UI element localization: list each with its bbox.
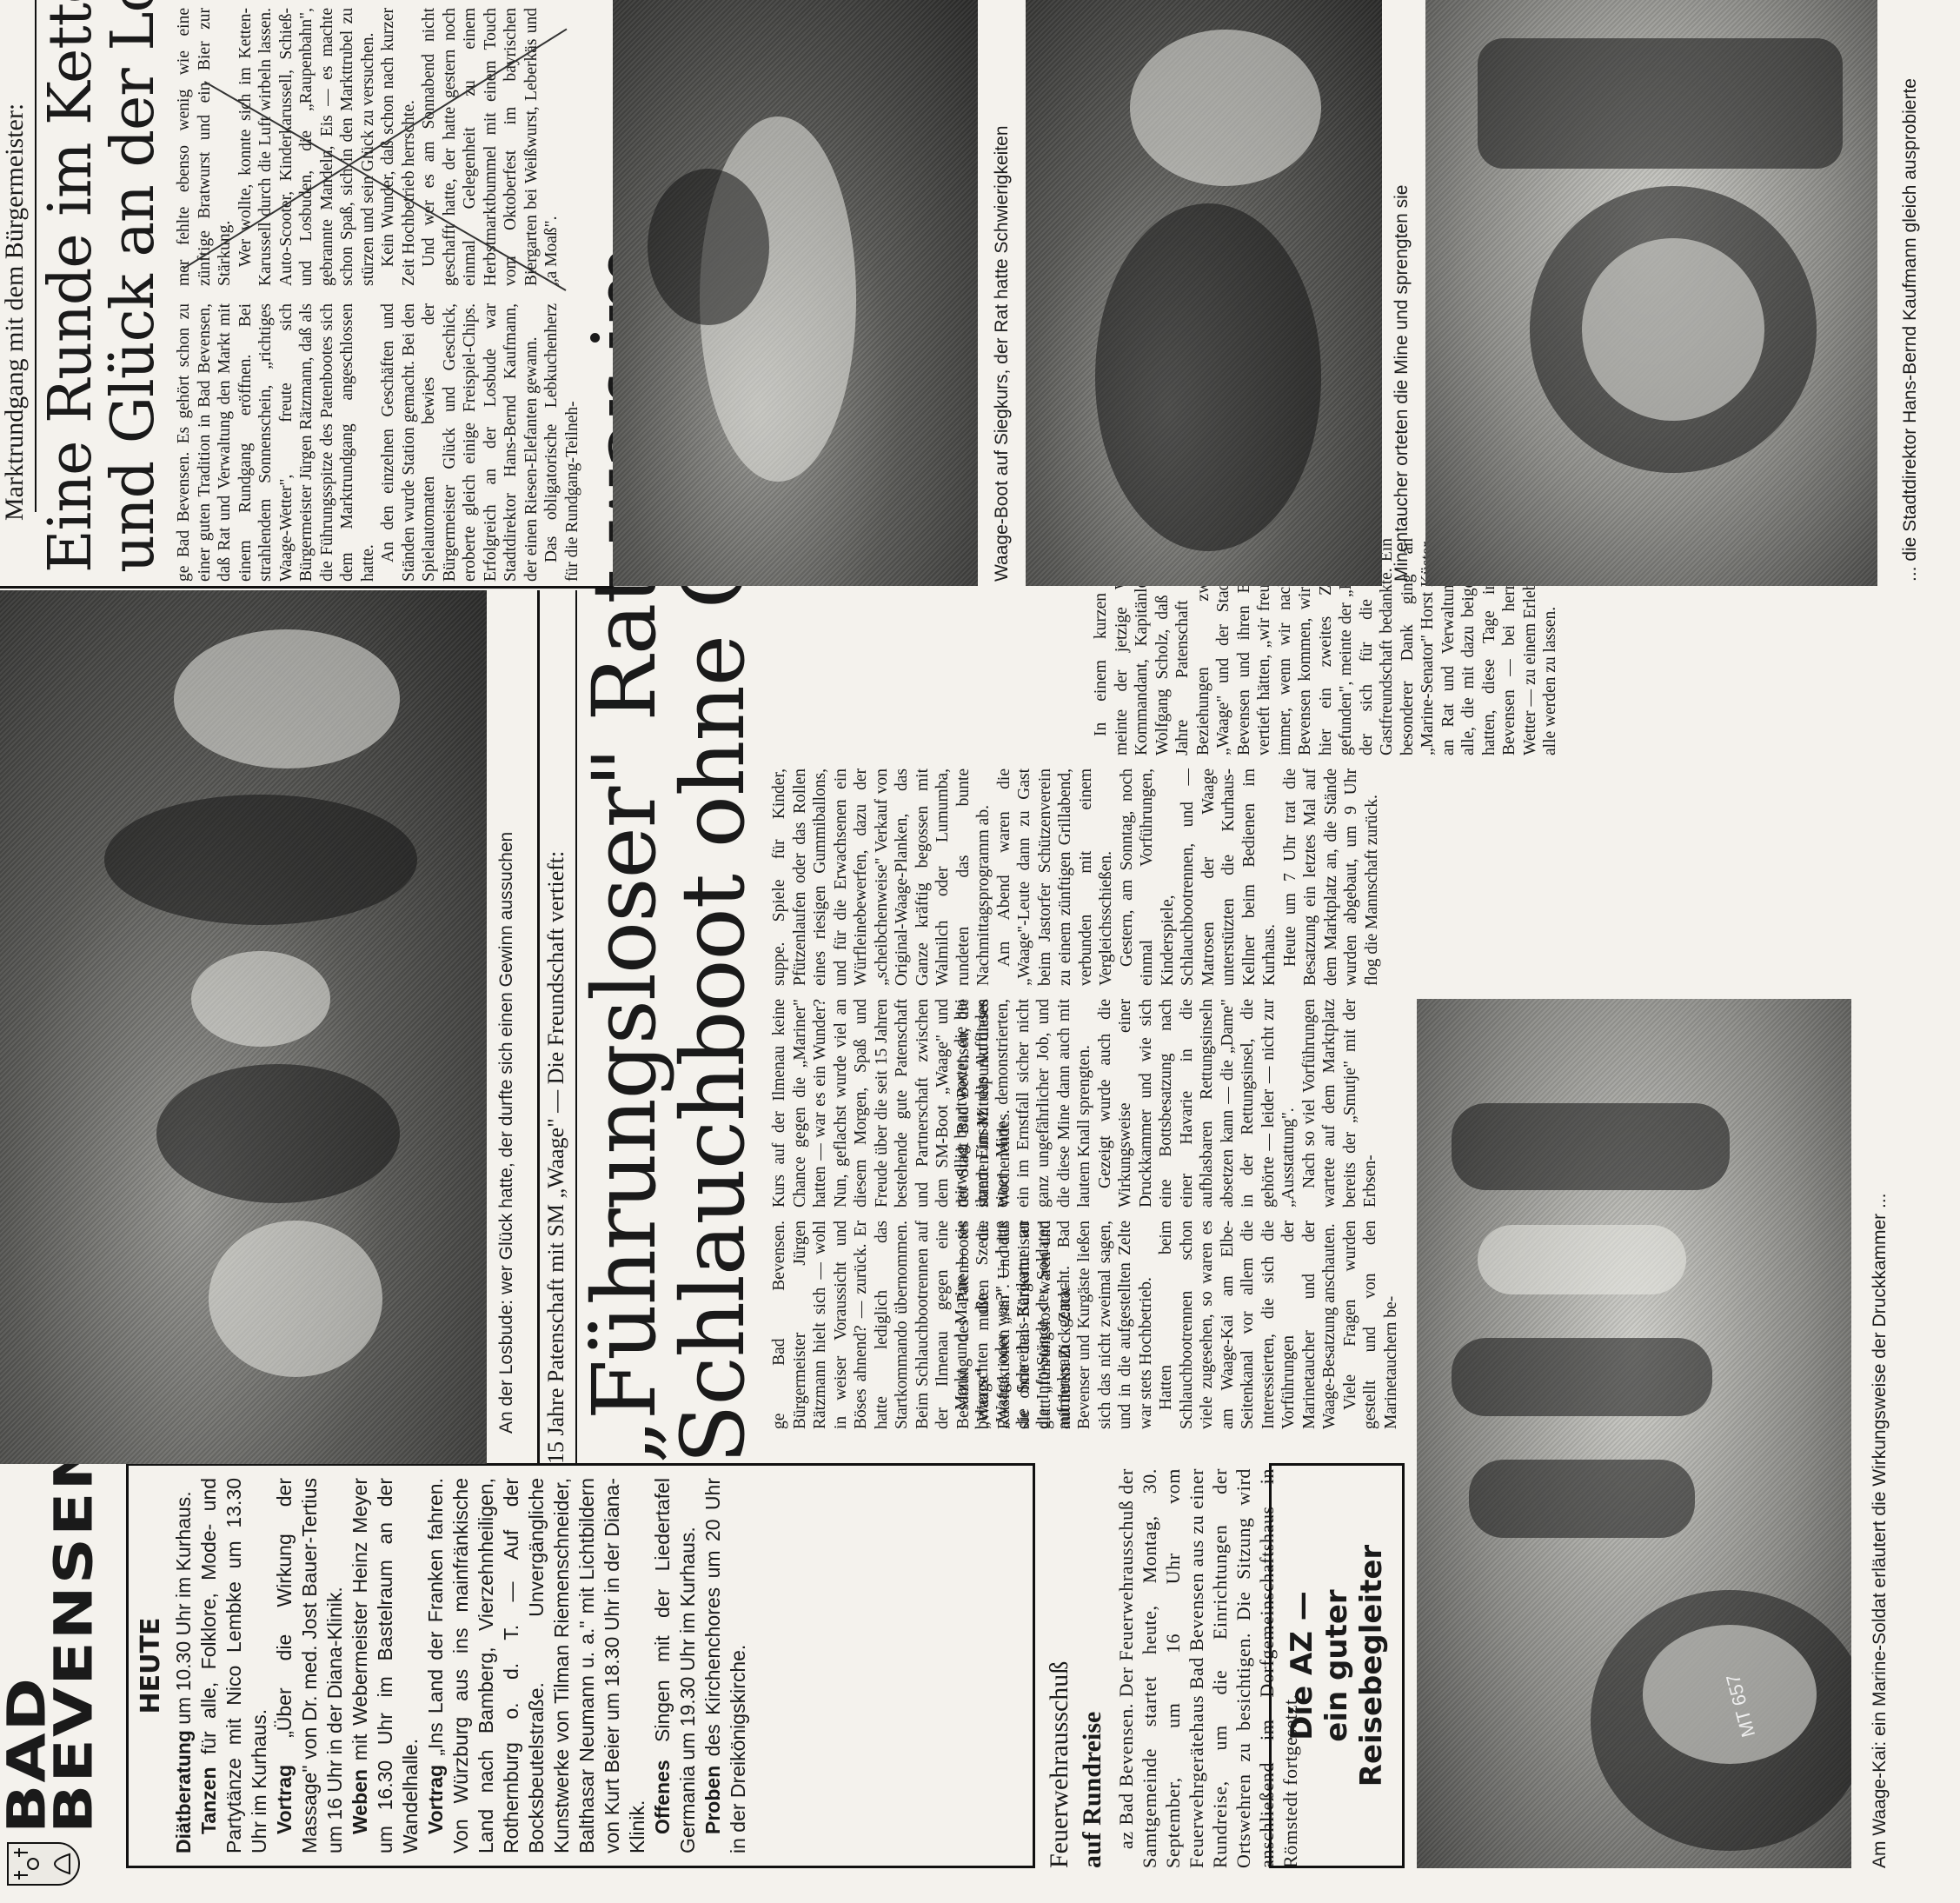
article-top-headline-2: und Glück an der Losbude xyxy=(103,0,165,573)
heute-list: Diätberatung um 10.30 Uhr im Kurhaus. Ta… xyxy=(171,1466,751,1866)
town-coat-of-arms-icon xyxy=(7,1842,80,1886)
az-promo-box: Die AZ — ein guter Reisebegleiter xyxy=(1269,1463,1405,1868)
section-divider xyxy=(537,590,540,1464)
photo-losbude-crowd xyxy=(0,590,487,1464)
heute-item: Tanzen für alle, Folklore, Mode- und Par… xyxy=(196,1478,272,1853)
article-top-headline: Eine Runde im Kettenflieger — und Glück … xyxy=(40,0,165,573)
crest-figure-icon xyxy=(9,1844,78,1884)
caption-chamber: ... die Stadtdirektor Hans-Bernd Kaufman… xyxy=(1899,17,1922,582)
article-main-col-4: reitwillig beantwortet, die bei ihrem Ei… xyxy=(952,999,1381,1208)
article-main-col-5: suppe. Spiele für Kinder, Pfützenlaufen … xyxy=(769,769,1382,986)
article-top-col-1: ge Bad Bevensen. Es gehört schon zu eine… xyxy=(174,303,582,582)
heute-item: Vortrag „Über die Wirkung der Massage" v… xyxy=(272,1478,348,1853)
heute-item: Offenes Singen mit der Liedertafel Germa… xyxy=(650,1478,701,1853)
heute-item: Vortrag „Ins Land der Franken fahren. Vo… xyxy=(423,1478,650,1853)
feuerwehr-headline-2: auf Rundreise xyxy=(1076,1468,1109,1868)
caption-losbude: An der Losbude: wer Glück hatte, der dur… xyxy=(495,832,518,1434)
caption-divers: Minentaucher orteten die Mine und spreng… xyxy=(1391,185,1413,582)
caption-waage-kai: Am Waage-Kai: ein Marine-Soldat erläuter… xyxy=(1869,1194,1891,1869)
column-divider xyxy=(0,586,613,589)
az-promo-line-3: Reisebegleiter xyxy=(1354,1466,1389,1866)
article-main-kicker: 15 Jahre Patenschaft mit SM „Waage" — Di… xyxy=(543,851,569,1464)
photo-pressure-chamber xyxy=(1425,0,1877,586)
heute-title: HEUTE xyxy=(136,1466,166,1866)
heute-item: Proben des Kirchenchores um 20 Uhr in de… xyxy=(701,1478,751,1853)
article-top-col-2: mer fehlte ebenso wenig wie eine zünftig… xyxy=(174,8,562,286)
caption-boat: Waage-Boot auf Siegkurs, der Rat hatte S… xyxy=(991,126,1013,582)
heute-item: Diätberatung um 10.30 Uhr im Kurhaus. xyxy=(171,1478,196,1853)
article-top-kicker: Marktrundgang mit dem Bürgermeister: xyxy=(2,103,28,521)
photo-boat-race xyxy=(613,0,978,586)
photo-waage-kai: MT 657 xyxy=(1417,999,1851,1868)
az-promo-line-2: ein guter xyxy=(1319,1466,1354,1866)
heute-events-box: HEUTE Diätberatung um 10.30 Uhr im Kurha… xyxy=(126,1463,1035,1868)
article-top-headline-1: Eine Runde im Kettenflieger — xyxy=(40,0,103,573)
heute-item: Weben mit Webermeister Heinz Meyer um 16… xyxy=(348,1478,423,1853)
az-promo-line-1: Die AZ — xyxy=(1285,1466,1319,1866)
newspaper-page: BAD BEVENSEN HEUTE Diätberatung um 10.30… xyxy=(0,0,1960,1903)
feuerwehr-item: Feuerwehrausschuß auf Rundreise az Bad B… xyxy=(1043,1468,1302,1868)
feuerwehr-headline-1: Feuerwehrausschuß xyxy=(1043,1468,1076,1868)
photo-divers xyxy=(1026,0,1382,586)
article-main-col-3: Markt und Marine — sie beherrschten die … xyxy=(952,1221,1401,1429)
